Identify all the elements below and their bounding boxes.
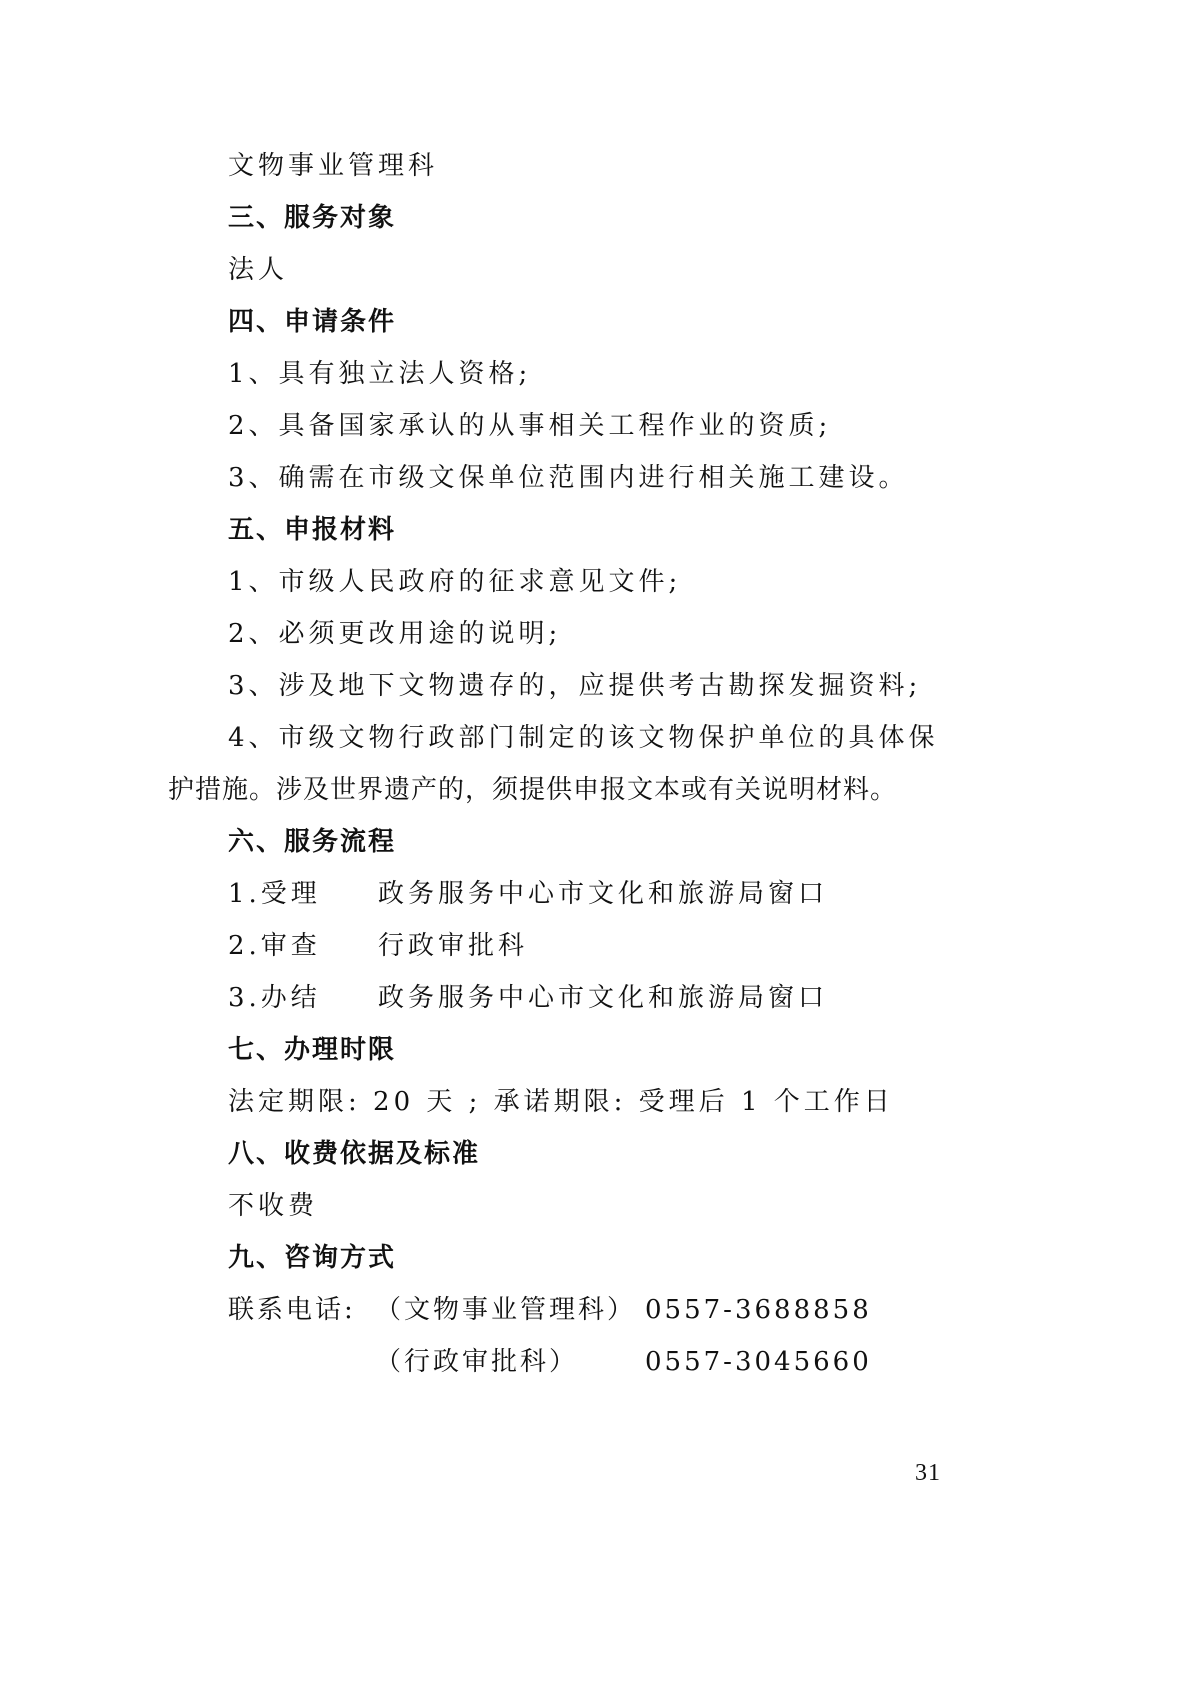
contact-phone-label: 联系电话: <box>228 1294 356 1326</box>
process-step: 1.受理政务服务中心市文化和旅游局窗口 <box>228 878 828 910</box>
contact-phone: 0557-3045660 <box>645 1346 872 1378</box>
section-heading-materials: 五、申报材料 <box>228 514 396 546</box>
material-item: 3、涉及地下文物遗存的，应提供考古勘探发掘资料; <box>228 670 921 702</box>
process-step-label: 1.受理 <box>228 878 378 910</box>
department-line: 文物事业管理科 <box>228 150 438 182</box>
section-heading-service-target: 三、服务对象 <box>228 202 396 234</box>
process-step-desc: 政务服务中心市文化和旅游局窗口 <box>378 879 828 909</box>
contact-dept: （行政审批科） <box>375 1346 578 1378</box>
section-heading-fees: 八、收费依据及标准 <box>228 1138 480 1170</box>
page-number: 31 <box>915 1460 941 1487</box>
process-step-label: 2.审查 <box>228 930 378 962</box>
condition-item: 3、确需在市级文保单位范围内进行相关施工建设。 <box>228 462 909 494</box>
section-heading-process: 六、服务流程 <box>228 826 396 858</box>
contact-dept: （文物事业管理科） <box>375 1294 636 1326</box>
fees-content: 不收费 <box>228 1190 318 1222</box>
section-heading-conditions: 四、申请条件 <box>228 306 396 338</box>
section-heading-consultation: 九、咨询方式 <box>228 1242 396 1274</box>
document-page: 文物事业管理科 三、服务对象 法人 四、申请条件 1、具有独立法人资格; 2、具… <box>0 0 1190 1683</box>
condition-item: 1、具有独立法人资格; <box>228 358 531 390</box>
time-limit-content: 法定期限: 20 天 ; 承诺期限: 受理后 1 个工作日 <box>228 1086 894 1118</box>
section-heading-time-limit: 七、办理时限 <box>228 1034 396 1066</box>
process-step: 2.审查行政审批科 <box>228 930 528 962</box>
contact-phone: 0557-3688858 <box>645 1294 872 1326</box>
material-item-continuation: 护措施。涉及世界遗产的，须提供申报文本或有关说明材料。 <box>168 774 897 806</box>
process-step-desc: 政务服务中心市文化和旅游局窗口 <box>378 983 828 1013</box>
material-item: 4、市级文物行政部门制定的该文物保护单位的具体保 <box>228 722 939 754</box>
process-step-desc: 行政审批科 <box>378 931 528 961</box>
service-target-content: 法人 <box>228 254 288 286</box>
material-item: 2、必须更改用途的说明; <box>228 618 561 650</box>
condition-item: 2、具备国家承认的从事相关工程作业的资质; <box>228 410 831 442</box>
process-step-label: 3.办结 <box>228 982 378 1014</box>
process-step: 3.办结政务服务中心市文化和旅游局窗口 <box>228 982 828 1014</box>
material-item: 1、市级人民政府的征求意见文件; <box>228 566 681 598</box>
